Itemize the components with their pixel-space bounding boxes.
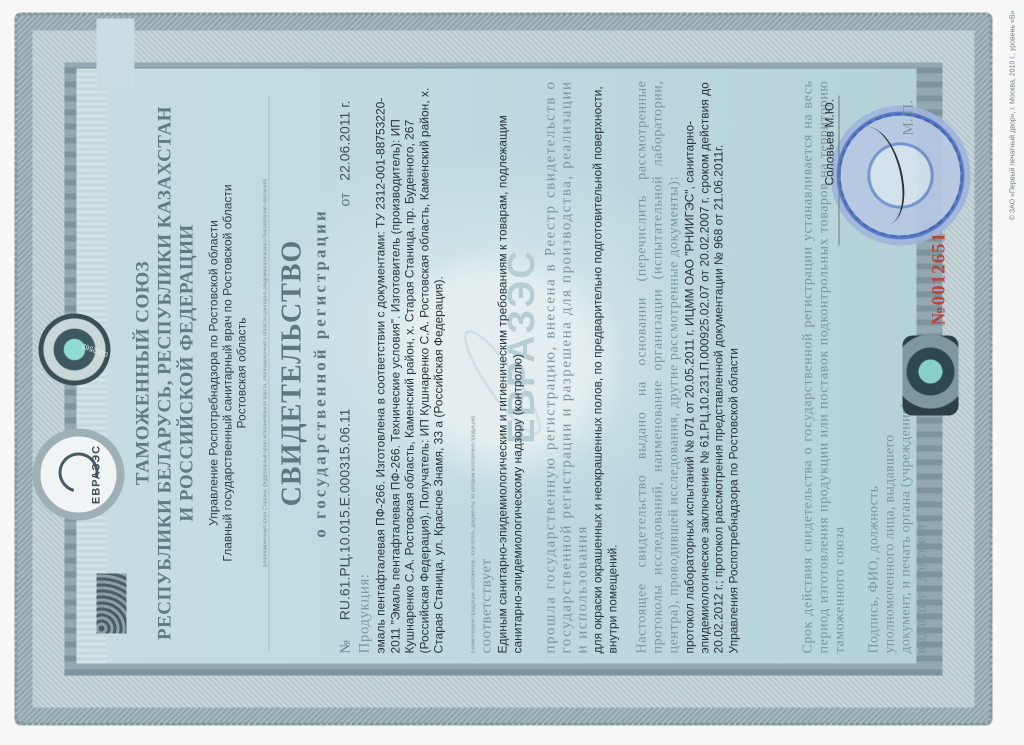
certificate-sheet: ЕВРАЗЭС ЕВРАЗЭС 0002562 ТАМОЖЕННЫЙ СОЮЗ … xyxy=(0,0,1024,745)
signature-section: Подпись, ФИО, должность уполномоченного … xyxy=(866,390,930,653)
evraz-logo-label: ЕВРАЗЭС xyxy=(90,436,102,512)
basis-label: Настоящее свидетельство выдано на основа… xyxy=(634,80,682,653)
signature-line xyxy=(838,95,839,245)
fine-print-authority: (уполномоченный орган Стороны, федеральн… xyxy=(262,95,269,650)
conforms-section: соответствует Единым санитарно-эпидемиол… xyxy=(478,80,524,653)
date-prefix: от xyxy=(336,192,352,206)
issuing-authority: Управление Роспотребнадзора по Ростовско… xyxy=(206,0,248,745)
header-line-3: И РОССИЙСКОЙ ФЕДЕРАЦИИ xyxy=(176,0,198,745)
product-label: Продукция: xyxy=(356,80,373,653)
printer-copyright: © ЗАО «Первый печатный двор», г. Москва,… xyxy=(1009,10,1016,220)
title-sub: о государственной регистрации xyxy=(310,0,330,745)
authority-line-1: Управление Роспотребнадзора по Ростовско… xyxy=(206,0,220,745)
conforms-label: соответствует xyxy=(478,80,495,653)
number-sign: № xyxy=(338,640,353,653)
logo-row: ЕВРАЗЭС 0002562 xyxy=(32,0,142,745)
title-main: СВИДЕТЕЛЬСТВО xyxy=(276,0,308,745)
fine-print-product: (наименование продукции, изготовитель, п… xyxy=(470,80,476,653)
certificate-number: RU.61.РЦ.10.015.Е.000315.06.11 xyxy=(336,408,352,620)
usage-text: для окраски окрашенных и неокрашенных по… xyxy=(590,80,619,653)
authority-line-3: Ростовская область xyxy=(234,0,248,745)
signer-name: Соловьев М.Ю. xyxy=(822,98,836,185)
certificate-date: 22.06.2011 г. xyxy=(336,100,352,180)
form-serial-number: №0012651 xyxy=(928,231,950,325)
basis-text: протокол лабораторных испытаний № 071 от… xyxy=(682,80,740,653)
header-line-2: РЕСПУБЛИКИ БЕЛАРУСЬ, РЕСПУБЛИКИ КАЗАХСТА… xyxy=(154,0,176,745)
registration-text: прошла государственную регистрацию, внес… xyxy=(542,80,590,653)
union-header: ТАМОЖЕННЫЙ СОЮЗ РЕСПУБЛИКИ БЕЛАРУСЬ, РЕС… xyxy=(132,0,198,745)
basis-section: Настоящее свидетельство выдано на основа… xyxy=(634,80,740,653)
hologram-serial: 0002562 xyxy=(59,333,129,364)
header-line-1: ТАМОЖЕННЫЙ СОЮЗ xyxy=(132,0,154,745)
conforms-text: Единым санитарно-эпидемиологическим и ги… xyxy=(495,80,524,653)
hologram-square-badge xyxy=(902,335,958,415)
certificate-title: СВИДЕТЕЛЬСТВО о государственной регистра… xyxy=(276,0,330,745)
certificate-date-wrap: от 22.06.2011 г. xyxy=(336,100,352,206)
authority-line-2: Главный государственный санитарный врач … xyxy=(220,0,234,745)
evraz-logo: ЕВРАЗЭС xyxy=(32,428,124,520)
product-text: эмаль пентафталевая ПФ-266. Изготовлена … xyxy=(373,80,446,653)
stamp-place-label: М. П. xyxy=(900,100,917,135)
product-section: Продукция: эмаль пентафталевая ПФ-266. И… xyxy=(356,80,446,653)
signature-label: Подпись, ФИО, должность уполномоченного … xyxy=(866,390,930,653)
registration-section: прошла государственную регистрацию, внес… xyxy=(542,80,619,653)
certificate-number-line: № RU.61.РЦ.10.015.Е.000315.06.11 от 22.0… xyxy=(336,80,354,653)
hologram-badge: 0002562 xyxy=(38,313,110,385)
